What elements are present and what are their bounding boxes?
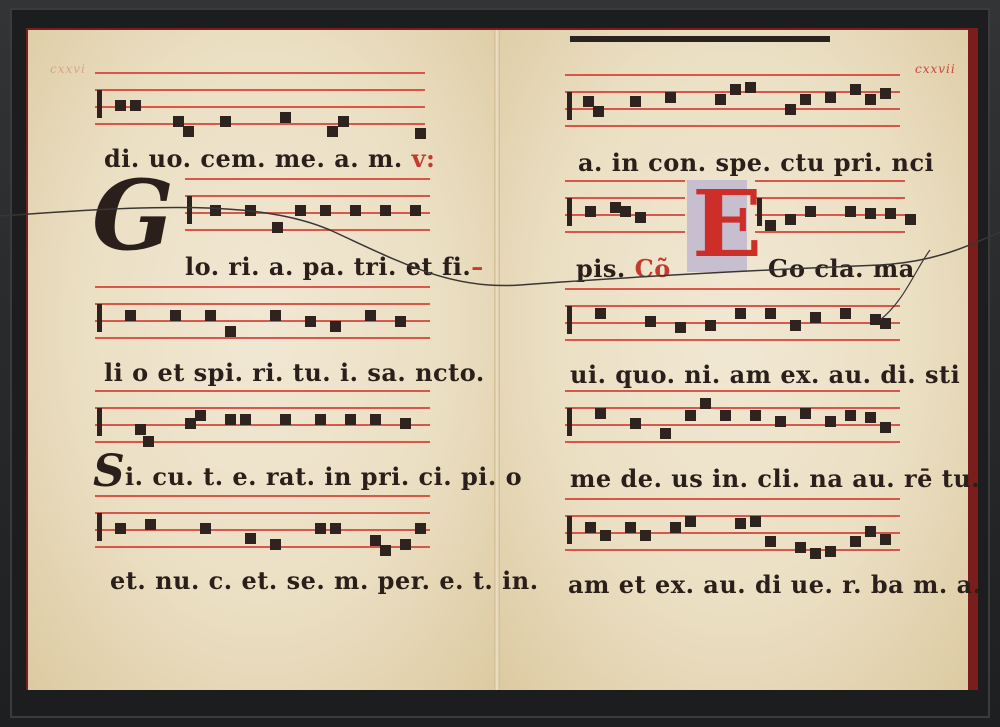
hanging-wire (0, 0, 1000, 727)
